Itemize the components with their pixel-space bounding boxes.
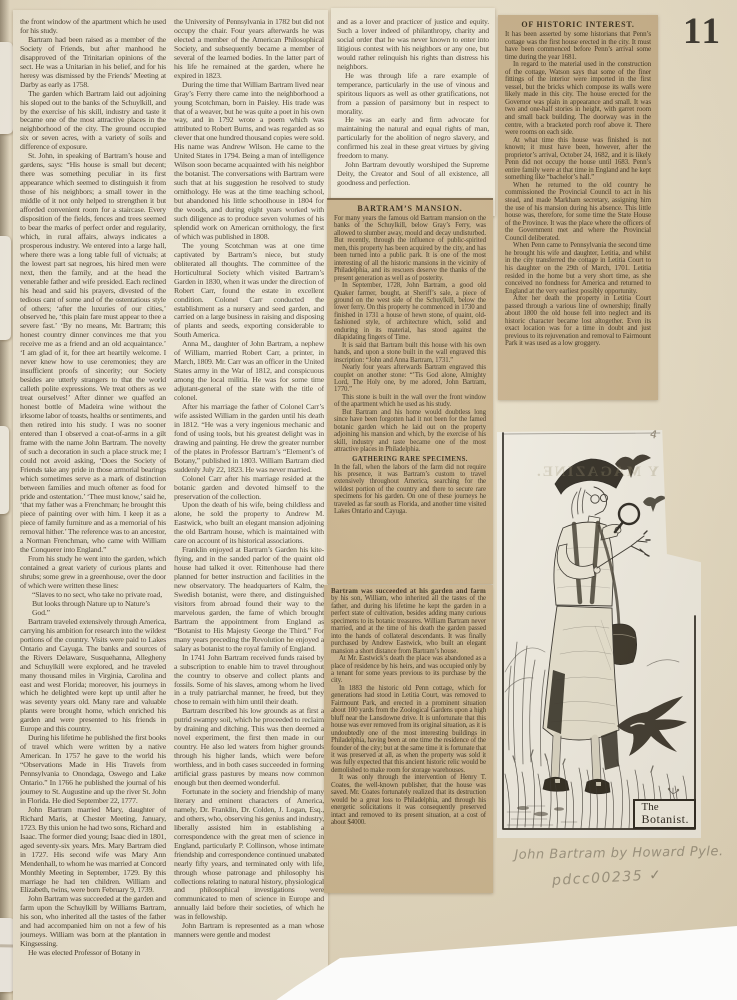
- paragraph: John Bartram devoutly worshiped the Supr…: [337, 161, 489, 188]
- clipping-headline: BARTRAM’S MANSION.: [334, 204, 486, 213]
- paragraph: After her death the property in Letitia …: [505, 295, 651, 348]
- paragraph: The young Scotchman was at one time capt…: [174, 242, 324, 340]
- paragraph: Bartram had been raised as a member of t…: [20, 36, 166, 90]
- paragraph: It is said that Bartram built this house…: [334, 342, 486, 364]
- page-number: 11: [683, 10, 722, 53]
- torn-page-edge: [0, 42, 13, 134]
- paragraph: and as a lover and practicer of justice …: [337, 18, 489, 72]
- clipping-bartram-character: and as a lover and practicer of justice …: [331, 8, 495, 216]
- ghost-print-through-text: Y MAGAZINE.: [511, 464, 683, 481]
- botanist-illustration-clipping: Y MAGAZINE.: [497, 430, 701, 838]
- paragraph: This stone is built in the wall over the…: [334, 394, 486, 409]
- paragraph: It has been asserted by some historians …: [505, 31, 651, 61]
- paragraph: In regard to the material used in the co…: [505, 61, 651, 136]
- clipping-headline: OF HISTORIC INTEREST.: [505, 20, 651, 29]
- swallow-large-icon: [617, 696, 687, 756]
- paragraph: For many years the famous old Bartram ma…: [334, 215, 486, 282]
- paragraph: John Bartram married Mary, daughter of R…: [20, 806, 166, 896]
- paragraph: But Bartram and his home would doubtless…: [334, 409, 486, 454]
- paragraph: Bartram traveled extensively through Ame…: [20, 618, 166, 734]
- paragraph: In 1741 John Bartram received funds rais…: [174, 654, 324, 708]
- paragraph: He was an early and firm advocate for ma…: [337, 116, 489, 161]
- paragraph: He was elected Professor of Botany in: [20, 949, 166, 958]
- article-column-3: and as a lover and practicer of justice …: [337, 18, 489, 214]
- clipping-body: For many years the famous old Bartram ma…: [334, 215, 486, 454]
- check-mark: ✓: [649, 867, 663, 884]
- botanist-illustration: [497, 430, 701, 838]
- paragraph: The garden which Bartram laid out adjoin…: [20, 90, 166, 153]
- article-column-1: the front window of the apartment which …: [20, 18, 166, 998]
- lily-pad: [554, 807, 564, 811]
- handwritten-attribution: John Bartram by Howard Pyle.: [514, 844, 724, 863]
- paragraph: In the fall, when the labors of the farm…: [334, 464, 486, 516]
- paragraph: Colonel Carr after his marriage resided …: [174, 475, 324, 502]
- paragraph: the front window of the apartment which …: [20, 18, 166, 36]
- paragraph: Nearly four years afterwards Bartram eng…: [334, 364, 486, 394]
- paragraph: the University of Pennsylvania in 1782 b…: [174, 18, 324, 81]
- swallow-icon: [643, 496, 667, 512]
- paragraph: It was only through the intervention of …: [331, 774, 486, 826]
- face-profile: [594, 487, 607, 515]
- clipping-bartram-biography: the front window of the apartment which …: [13, 10, 328, 1000]
- torn-page-edge: [0, 236, 11, 340]
- torn-page-edge: [0, 426, 9, 514]
- lily-pad: [534, 812, 548, 816]
- reeds: [508, 642, 545, 766]
- clipping-subhead: GATHERING RARE SPECIMENS.: [334, 456, 486, 463]
- handwritten-catalog-number: pdcc00235 ✓: [552, 867, 663, 889]
- paragraph: During the time that William Bartram liv…: [174, 81, 324, 242]
- paragraph: Upon the death of his wife, being childl…: [174, 501, 324, 546]
- paragraph: John Bartram is represented as a man who…: [174, 922, 324, 940]
- paragraph: In September, 1728, John Bartram, a good…: [334, 282, 486, 342]
- paragraph: At Mr. Eastwick’s death the place was ab…: [331, 655, 486, 685]
- grass: [505, 756, 583, 828]
- paragraph: When Penn came to Pennsylvania the secon…: [505, 242, 651, 295]
- paragraph: “Slaves to no sect, who take no private …: [20, 591, 166, 618]
- paragraph: At what time this house was finished is …: [505, 137, 651, 182]
- paragraph: Fortunate in the society and friendship …: [174, 788, 324, 922]
- hair: [572, 488, 585, 518]
- paragraph: Bartram described his low grounds as at …: [174, 707, 324, 788]
- paragraph: John Bartram was succeeded at the garden…: [20, 895, 166, 949]
- article-column-2: the University of Pennsylvania in 1782 b…: [174, 18, 324, 998]
- paragraph: From his study he went into the garden, …: [20, 555, 166, 591]
- paragraph: Bartram was succeeded at his garden and …: [331, 588, 486, 655]
- scrapbook-page: 11 the front window of the apartment whi…: [0, 0, 737, 1000]
- paragraph: In 1883 the historic old Penn cottage, w…: [331, 685, 486, 774]
- clipping-bartrams-mansion: BARTRAM’S MANSION. For many years the fa…: [327, 198, 493, 584]
- clipping-of-historic-interest: OF HISTORIC INTEREST. It has been assert…: [498, 15, 658, 400]
- paragraph: St. John, in speaking of Bartram’s house…: [20, 152, 166, 555]
- paragraph: After his marriage the father of Colonel…: [174, 403, 324, 475]
- paragraph: When he returned to the old country he c…: [505, 182, 651, 242]
- paragraph: He was through life a rare example of te…: [337, 72, 489, 117]
- paragraph: Anna M., daughter of John Bartram, a nep…: [174, 340, 324, 403]
- clipping-body: Bartram was succeeded at his garden and …: [331, 588, 486, 827]
- caption-line: Botanist.: [641, 813, 689, 825]
- illustration-caption: The Botanist.: [633, 799, 696, 829]
- clipping-body: In the fall, when the labors of the farm…: [334, 464, 486, 516]
- paragraph: During his lifetime he published the fir…: [20, 734, 166, 806]
- lily-pad: [517, 806, 529, 810]
- magnifying-glass-icon: [615, 504, 639, 532]
- paragraph: Franklin enjoyed at Bartram’s Garden his…: [174, 546, 324, 653]
- stockings: [555, 736, 597, 782]
- clipping-garden-succession: Bartram was succeeded at his garden and …: [324, 585, 493, 893]
- clipping-body: It has been asserted by some historians …: [505, 31, 651, 348]
